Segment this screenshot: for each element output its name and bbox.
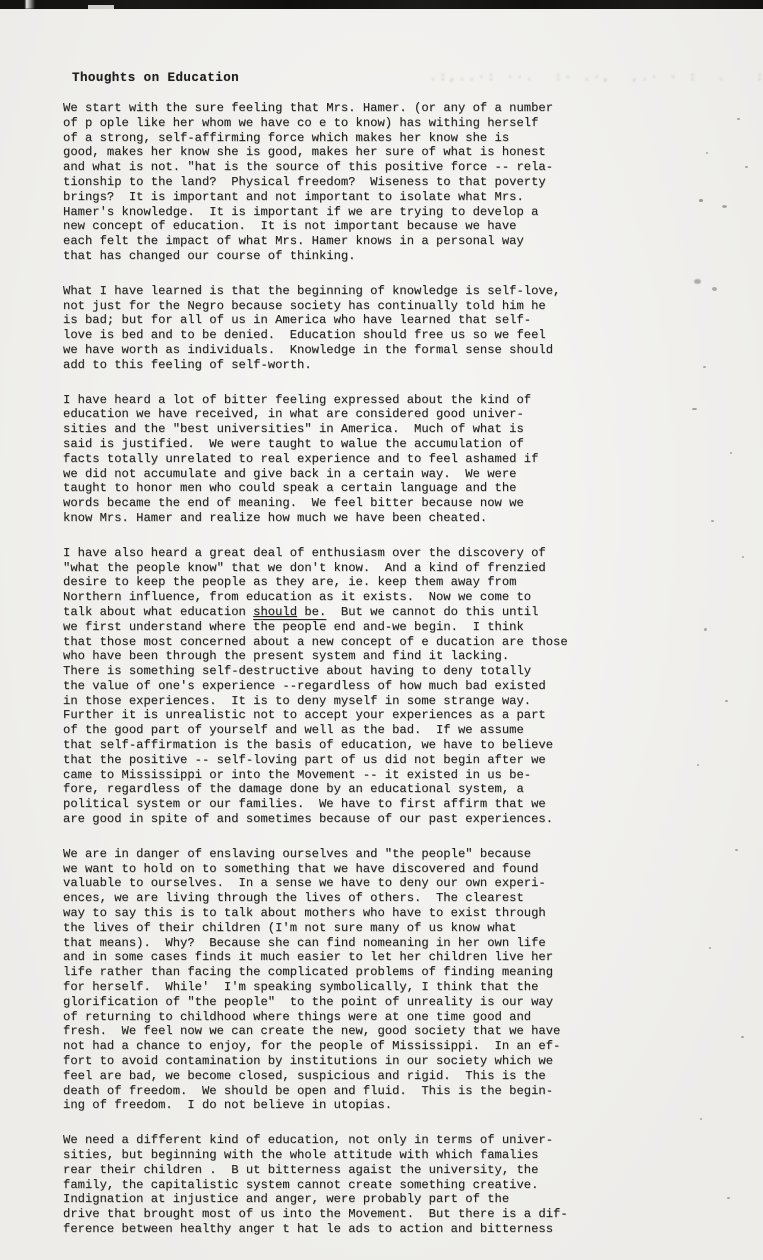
- text-line: that self-affirmation is the basis of ed…: [63, 738, 703, 753]
- scan-speck: [711, 520, 714, 522]
- text-line: valuable to ourselves. In a sense we hav…: [63, 876, 703, 891]
- text-line: sities, but beginning with the whole att…: [63, 1148, 703, 1163]
- overlined-text: the people: [253, 620, 326, 634]
- text-line: taught to honor men who could speak a ce…: [63, 481, 703, 496]
- scan-speck: [725, 700, 728, 702]
- text-line: of a strong, self-affirming force which …: [63, 131, 703, 146]
- text-line: What I have learned is that the beginnin…: [63, 284, 703, 299]
- text-line: is bad; but for all of us in America who…: [63, 313, 703, 328]
- text-line: for herself. While' I'm speaking symboli…: [63, 980, 703, 995]
- text-line: We are in danger of enslaving ourselves …: [63, 847, 703, 862]
- scan-speck: [730, 452, 732, 454]
- paragraph: We need a different kind of education, n…: [63, 1133, 703, 1237]
- text-line: feel are bad, we become closed, suspicio…: [63, 1069, 703, 1084]
- text-line: Northern influence, from education as it…: [63, 590, 703, 605]
- text-line: family, the capitalistic system cannot c…: [63, 1178, 703, 1193]
- paragraph: We start with the sure feeling that Mrs.…: [63, 101, 703, 264]
- text-line: that those most concerned about a new co…: [63, 635, 703, 650]
- text-line: we want to hold on to something that we …: [63, 862, 703, 877]
- text-line: the lives of their children (I'm not sur…: [63, 921, 703, 936]
- scan-speck: [704, 628, 707, 631]
- text-line: fort to avoid contamination by instituti…: [63, 1054, 703, 1069]
- text-line: We need a different kind of education, n…: [63, 1133, 703, 1148]
- text-line: I have also heard a great deal of enthus…: [63, 546, 703, 561]
- text-line: add to this feeling of self-worth.: [63, 358, 703, 373]
- text-line: education we have received, in what are …: [63, 407, 703, 422]
- text-line: said is justified. We were taught to wal…: [63, 437, 703, 452]
- text-segment: be. But we cannot do this until: [297, 605, 538, 619]
- text-line: and what is not. "hat is the source of t…: [63, 160, 703, 175]
- text-line: death of freedom. We should be open and …: [63, 1084, 703, 1099]
- text-line: way to say this is to talk about mothers…: [63, 906, 703, 921]
- text-line: we have worth as individuals. Knowledge …: [63, 343, 703, 358]
- text-line: love is bed and to be denied. Education …: [63, 328, 703, 343]
- text-line: glorification of "the people" to the poi…: [63, 995, 703, 1010]
- scan-speck: [745, 166, 748, 168]
- underlined-text: should: [253, 605, 297, 619]
- text-line: sities and the "best universities" in Am…: [63, 422, 703, 437]
- scan-speck: [742, 556, 744, 558]
- text-line: of the good part of yourself and well as…: [63, 723, 703, 738]
- text-line: brings? It is important and not importan…: [63, 190, 703, 205]
- scan-speck: [741, 1036, 744, 1038]
- page-title: Thoughts on Education: [72, 71, 239, 85]
- text-line: good, makes her know she is good, makes …: [63, 145, 703, 160]
- text-line: of returning to childhood where things w…: [63, 1010, 703, 1025]
- text-line: tionship to the land? Physical freedom? …: [63, 175, 703, 190]
- text-line: new concept of education. It is not impo…: [63, 219, 703, 234]
- text-line: We start with the sure feeling that Mrs.…: [63, 101, 703, 116]
- text-line: in those experiences. It is to deny myse…: [63, 694, 703, 709]
- text-line: I have heard a lot of bitter feeling exp…: [63, 393, 703, 408]
- scan-speck: [712, 287, 717, 291]
- scan-speck: [727, 1197, 730, 1199]
- text-line: desire to keep the people as they are, i…: [63, 575, 703, 590]
- text-segment: we first understand where: [63, 620, 253, 634]
- text-line: drive that brought most of us into the M…: [63, 1207, 703, 1222]
- text-line: ing of freedom. I do not believe in utop…: [63, 1098, 703, 1113]
- text-line: political system or our families. We hav…: [63, 797, 703, 812]
- text-segment: talk about what education: [63, 605, 253, 619]
- text-line: the value of one's experience --regardle…: [63, 679, 703, 694]
- scan-speck: [706, 152, 708, 154]
- text-line: ences, we are living through the lives o…: [63, 891, 703, 906]
- scan-speck: [735, 849, 738, 851]
- text-line: words became the end of meaning. We feel…: [63, 496, 703, 511]
- text-line: talk about what education should be. But…: [63, 605, 703, 620]
- text-line: and in some cases finds it much easier t…: [63, 950, 703, 965]
- text-line: There is something self-destructive abou…: [63, 664, 703, 679]
- ghost-smudge: .:,..·: ··. :· .·, ,.· · : . : · .·.: [430, 72, 720, 84]
- text-line: fresh. We feel now we can create the new…: [63, 1024, 703, 1039]
- text-line: came to Mississippi or into the Movement…: [63, 768, 703, 783]
- scan-speck: [737, 118, 740, 120]
- scan-speck: [703, 366, 706, 368]
- text-line: life rather than facing the complicated …: [63, 965, 703, 980]
- text-line: "what the people know" that we don't kno…: [63, 561, 703, 576]
- scan-speck: [722, 205, 727, 208]
- text-line: are good in spite of and sometimes becau…: [63, 812, 703, 827]
- text-line: Indignation at injustice and anger, were…: [63, 1192, 703, 1207]
- text-line: each felt the impact of what Mrs. Hamer …: [63, 234, 703, 249]
- scan-artifact-notch: [88, 5, 114, 9]
- text-line: know Mrs. Hamer and realize how much we …: [63, 511, 703, 526]
- text-line: Further it is unrealistic not to accept …: [63, 708, 703, 723]
- text-line: rear their children . B ut bitterness ag…: [63, 1163, 703, 1178]
- text-line: not had a chance to enjoy, for the peopl…: [63, 1039, 703, 1054]
- paragraph: We are in danger of enslaving ourselves …: [63, 847, 703, 1113]
- text-line: that means). Why? Because she can find n…: [63, 936, 703, 951]
- text-line: fore, regardless of the damage done by a…: [63, 782, 703, 797]
- text-line: of p ople like her whom we have co e to …: [63, 116, 703, 131]
- text-line: that the positive -- self-loving part of…: [63, 753, 703, 768]
- scan-speck: [709, 947, 711, 949]
- paragraph: I have heard a lot of bitter feeling exp…: [63, 393, 703, 526]
- paragraph: What I have learned is that the beginnin…: [63, 284, 703, 373]
- text-segment: end and-we begin. I think: [326, 620, 523, 634]
- text-line: Hamer's knowledge. It is important if we…: [63, 205, 703, 220]
- document-body: We start with the sure feeling that Mrs.…: [63, 101, 703, 1257]
- text-line: we did not accumulate and give back in a…: [63, 467, 703, 482]
- paragraph: I have also heard a great deal of enthus…: [63, 546, 703, 827]
- scan-artifact-top-bar: [0, 0, 763, 9]
- scanned-page: Thoughts on Education .:,..·: ··. :· .·,…: [0, 0, 763, 1260]
- text-line: that has changed our course of thinking.: [63, 249, 703, 264]
- text-line: facts totally unrelated to real experien…: [63, 452, 703, 467]
- text-line: ference between healthy anger t hat le a…: [63, 1222, 703, 1237]
- text-line: not just for the Negro because society h…: [63, 299, 703, 314]
- text-line: who have been through the present system…: [63, 649, 703, 664]
- text-line: we first understand where the people end…: [63, 620, 703, 635]
